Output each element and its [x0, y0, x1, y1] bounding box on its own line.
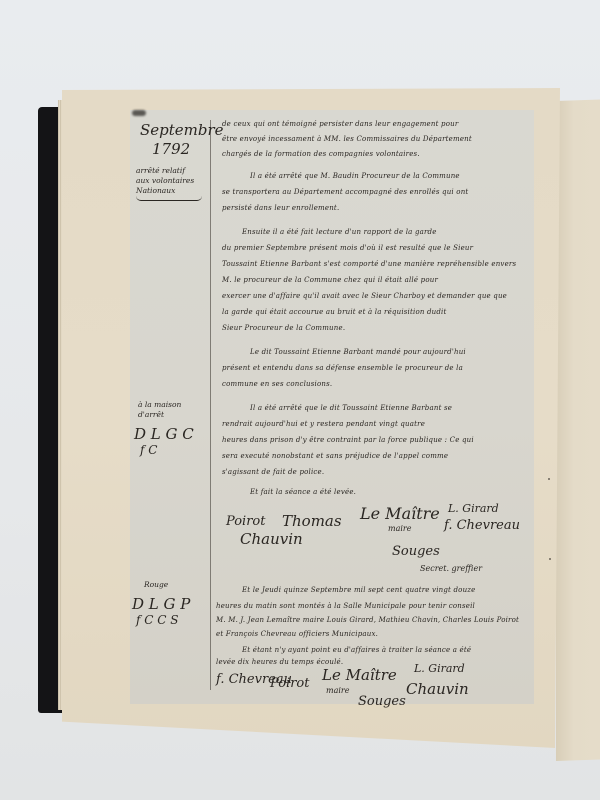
margin-initials: D L G P	[132, 595, 190, 613]
text-line: Toussaint Étienne Barbant s'est comporté…	[222, 260, 532, 268]
signature-title: maire	[388, 524, 411, 533]
closing-line: Et fait la séance a été levée.	[250, 488, 532, 496]
signature: Poirot	[226, 514, 265, 529]
margin-note: aux volontaires	[136, 176, 194, 186]
text-line: heures du matin sont montés à la Salle M…	[216, 602, 532, 610]
text-line: se transportera au Département accompagn…	[222, 188, 532, 196]
margin-month: Septembre	[140, 122, 204, 138]
text-line: persisté dans leur enrollement.	[222, 204, 532, 212]
signature: Le Maître	[322, 666, 397, 684]
text-line: présent et entendu dans sa défense ensem…	[222, 364, 532, 372]
signature-title: Secret. greffier	[420, 564, 482, 573]
text-line: s'agissant de fait de police.	[222, 468, 532, 476]
margin-rule	[210, 120, 211, 690]
text-line: Et étant n'y ayant point eu d'affaires à…	[242, 646, 532, 654]
margin-initials: D L G C	[134, 425, 194, 443]
signature: Chauvin	[406, 680, 469, 698]
margin-note: Nationaux	[136, 186, 175, 196]
text-line: Ensuite il a été fait lecture d'un rappo…	[242, 228, 532, 236]
margin-year: 1792	[152, 140, 190, 158]
text-line: M. le procureur de la Commune chez qui i…	[222, 276, 532, 284]
signature: f. Chevreau	[444, 518, 520, 533]
text-line: chargés de la formation des compagnies v…	[222, 150, 532, 158]
text-line: Il a été arrêté que le dit Toussaint Éti…	[250, 404, 532, 412]
text-line: être envoyé incessament à MM. les Commis…	[222, 135, 532, 143]
margin-note: arrêté relatif	[136, 166, 185, 176]
signature: Chauvin	[240, 530, 303, 548]
signature: Souges	[392, 544, 440, 559]
margin-annotation: à la maison	[138, 400, 181, 410]
signature: L. Girard	[414, 662, 465, 675]
margin-annotation: d'arrêt	[138, 410, 164, 420]
signature: L. Girard	[448, 502, 499, 515]
text-line: commune en ses conclusions.	[222, 380, 532, 388]
margin-flourish	[136, 196, 202, 201]
text-line: sera executé nonobstant et sans préjudic…	[222, 452, 532, 460]
signature: Thomas	[282, 512, 342, 530]
text-line: de ceux qui ont témoigné persister dans …	[222, 120, 532, 128]
margin-initials: f C	[140, 443, 157, 457]
binding-mark	[548, 478, 550, 480]
text-line: la garde qui était accourue au bruit et …	[222, 308, 532, 316]
text-line: rendrait aujourd'hui et y restera pendan…	[222, 420, 532, 428]
signature: Poirot	[270, 676, 309, 691]
text-line: levée dix heures du temps écoulé.	[216, 658, 532, 666]
text-line: Et le Jeudi quinze Septembre mil sept ce…	[242, 586, 532, 594]
signature: Le Maître	[360, 504, 440, 523]
margin-annotation: Rouge	[144, 580, 168, 590]
text-line: heures dans prison d'y être contraint pa…	[222, 436, 532, 444]
text-line: et François Chevreau officiers Municipau…	[216, 630, 532, 638]
signature: Souges	[358, 694, 406, 709]
text-line: exercer une d'affaire qu'il avait avec l…	[222, 292, 532, 300]
text-line: Sieur Procureur de la Commune.	[222, 324, 532, 332]
text-line: Il a été arrêté que M. Baudin Procureur …	[250, 172, 532, 180]
signature-title: maire	[326, 686, 349, 695]
text-line: M. M. J. Jean Lemaître maire Louis Girar…	[216, 616, 532, 624]
text-line: du premier Septembre présent mois d'où i…	[222, 244, 532, 252]
ink-smudge	[132, 110, 146, 116]
text-line: Le dit Toussaint Étienne Barbant mandé p…	[250, 348, 532, 356]
manuscript-facsimile: Septembre 1792 arrêté relatif aux volont…	[130, 110, 534, 704]
binding-mark	[549, 558, 551, 560]
right-page	[556, 99, 600, 761]
margin-initials: f C C S	[136, 613, 178, 627]
